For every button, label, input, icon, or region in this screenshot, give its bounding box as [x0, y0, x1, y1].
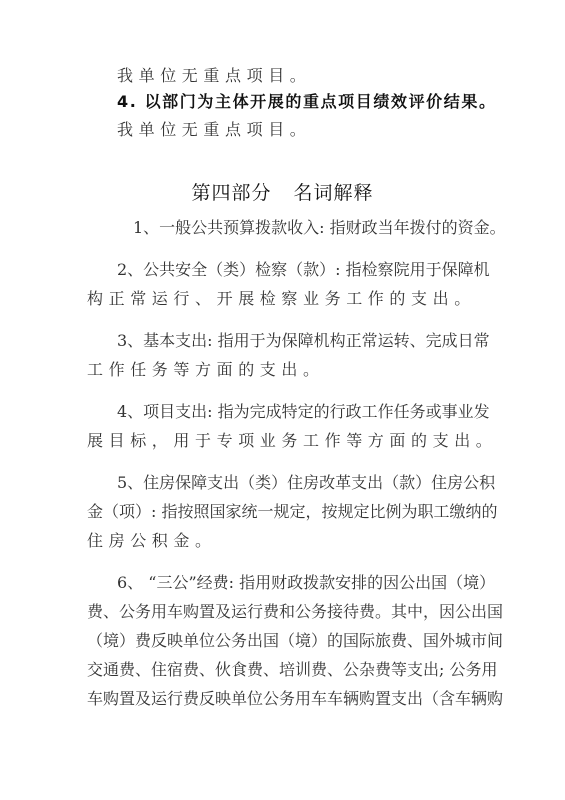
definition-6-line-3: （境）费反映单位公务出国（境）的国际旅费、国外城市间 [87, 631, 479, 651]
heading-key-project-evaluation: 4. 以部门为主体开展的重点项目绩效评价结果。 [117, 92, 479, 112]
part4-title: 第四部分名词解释 [0, 178, 565, 205]
definition-3-line-2: 工作任务等方面的支出。 [87, 360, 479, 380]
definition-6-line-2: 费、公务用车购置及运行费和公务接待费。其中，因公出国 [87, 602, 479, 622]
definition-6-line-4: 交通费、住宿费、伙食费、培训费、公杂费等支出; 公务用 [87, 660, 479, 680]
document-page: 我单位无重点项目。 4. 以部门为主体开展的重点项目绩效评价结果。 我单位无重点… [0, 0, 565, 800]
part4-title-part: 第四部分 [191, 182, 271, 204]
definition-3-line-1: 3、基本支出: 指用于为保障机构正常运转、完成日常 [117, 331, 479, 351]
definition-1: 1、一般公共预算拨款收入: 指财政当年拨付的资金。 [133, 218, 479, 238]
definition-4-line-2: 展目标，用于专项业务工作等方面的支出。 [87, 431, 479, 451]
definition-5-line-3: 住房公积金。 [87, 531, 479, 551]
definition-2-line-1: 2、公共安全（类）检察（款）: 指检察院用于保障机 [117, 260, 479, 280]
definition-2-line-2: 构正常运行、开展检察业务工作的支出。 [87, 289, 479, 309]
definition-5-line-1: 5、住房保障支出（类）住房改革支出（款）住房公积 [117, 473, 479, 493]
definition-4-line-1: 4、项目支出: 指为完成特定的行政工作任务或事业发 [117, 402, 479, 422]
paragraph-no-key-project-1: 我单位无重点项目。 [117, 66, 479, 86]
part4-title-name: 名词解释 [294, 182, 374, 204]
definition-6-line-5: 车购置及运行费反映单位公务用车车辆购置支出（含车辆购 [87, 689, 479, 709]
paragraph-no-key-project-2: 我单位无重点项目。 [117, 120, 479, 140]
definition-6-line-1: 6、 “三公”经费: 指用财政拨款安排的因公出国（境） [117, 573, 479, 593]
definition-5-line-2: 金（项）: 指按照国家统一规定，按规定比例为职工缴纳的 [87, 502, 479, 522]
